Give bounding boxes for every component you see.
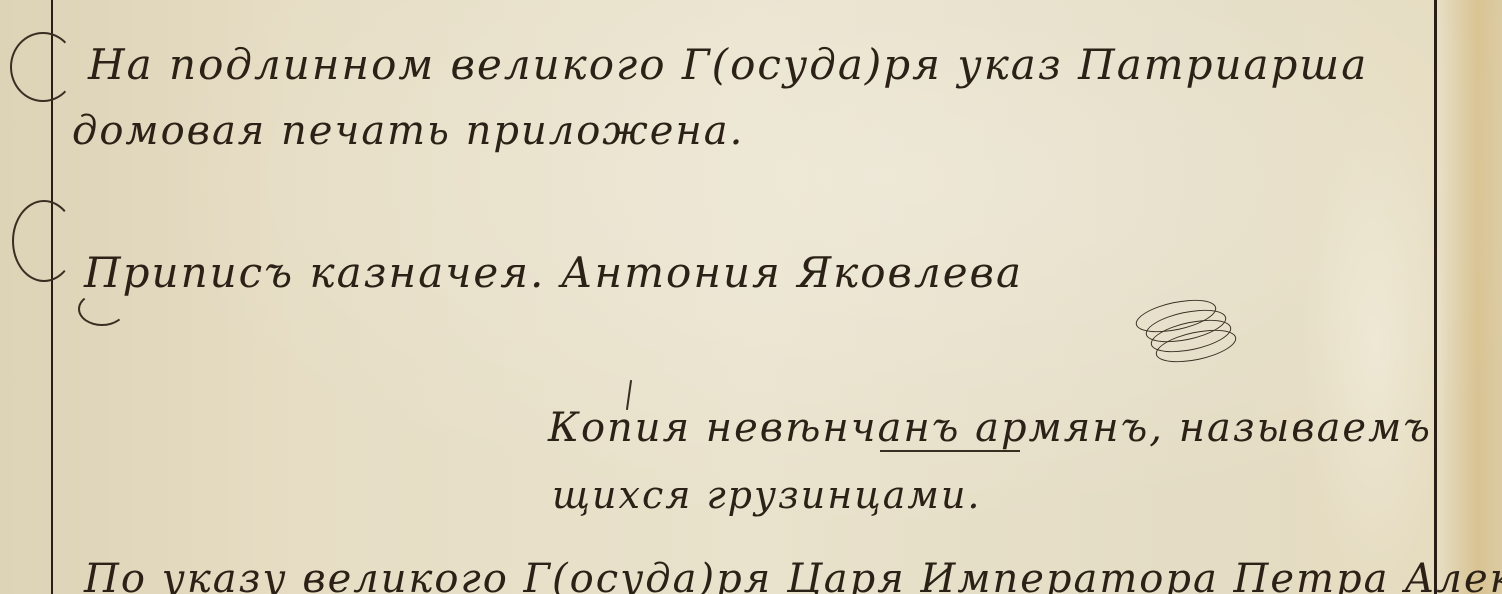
margin-flourish-3 (78, 292, 126, 326)
signature-flourish (1125, 300, 1235, 360)
paper-edge-stain (1440, 0, 1502, 594)
manuscript-line-3: Приписъ казначея. Антония Яковлева (84, 248, 1023, 297)
heading-underline (880, 450, 1020, 452)
right-margin-rule (1434, 0, 1437, 594)
margin-flourish-2 (12, 200, 76, 282)
manuscript-page: На подлинном великого Г(осуда)ря указ Па… (0, 0, 1502, 594)
manuscript-line-6: По указу великого Г(осуда)ря Царя Импера… (84, 556, 1502, 594)
manuscript-line-2: домовая печать приложена. (72, 108, 744, 154)
manuscript-line-5-heading: щихся грузинцами. (552, 473, 982, 517)
manuscript-line-1: На подлинном великого Г(осуда)ря указ Па… (88, 40, 1368, 89)
manuscript-line-4-heading: Копия невѣнчанъ армянъ, называемъ (548, 405, 1432, 451)
paper-discoloration (1300, 100, 1450, 594)
margin-flourish-1 (10, 32, 76, 102)
